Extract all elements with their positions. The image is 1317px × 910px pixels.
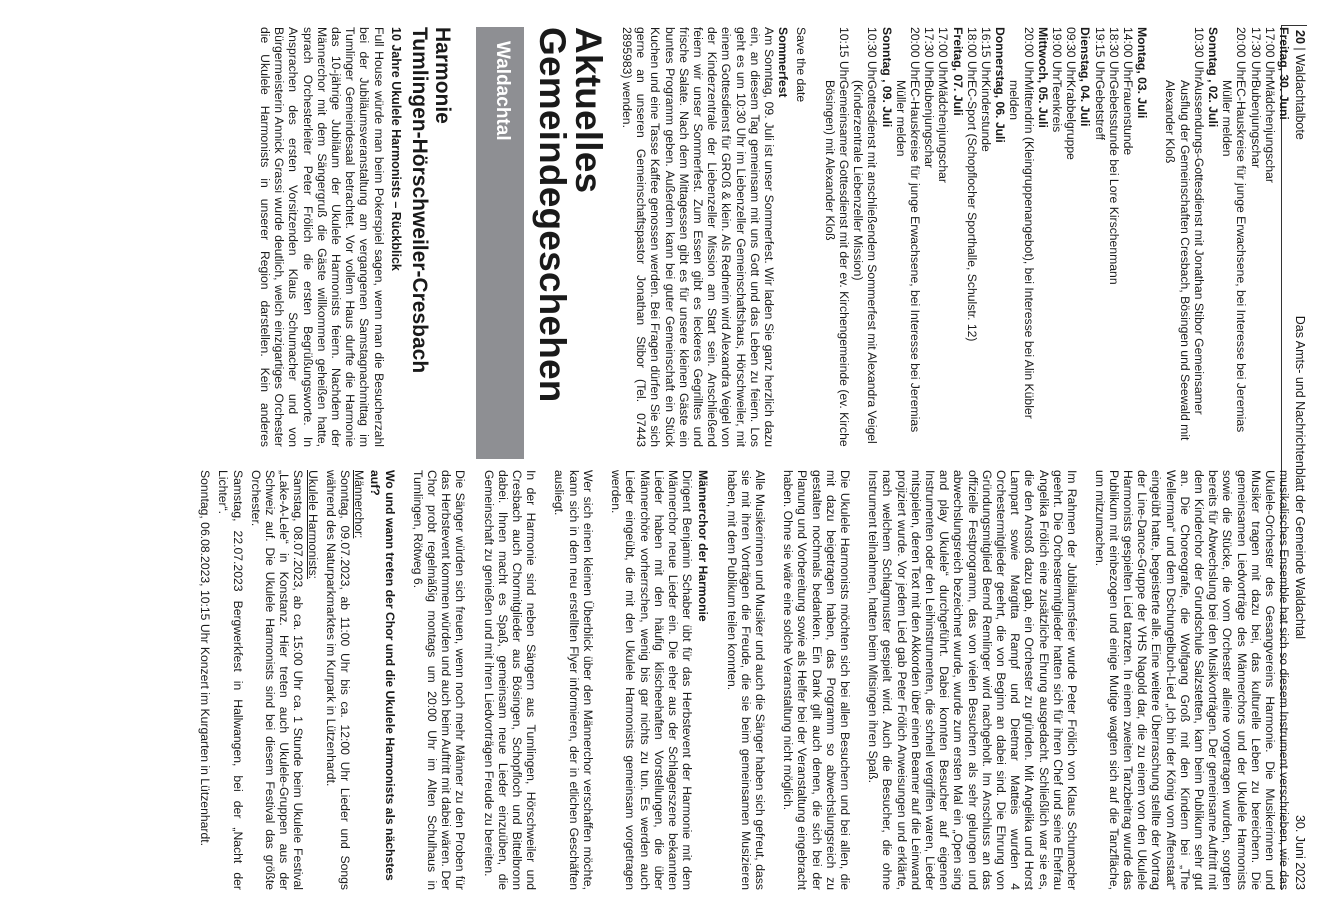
schedule-event: 18:30 UhrGebetsstunde bei Lore Kirschenm… <box>1107 27 1121 447</box>
event-time: 18:30 Uhr <box>1107 27 1121 80</box>
save-the-date-label: Save the date <box>794 27 808 447</box>
header-left: 20 | Waldachtalbote <box>1293 30 1307 140</box>
ukulele-date: Sonntag, 06.08.2023, 10:15 Uhr Konzert i… <box>198 470 212 890</box>
event-desc: EC-Hauskreise für junge Erwachsene, bei … <box>894 80 922 447</box>
schedule-day: Freitag, 30. Juni <box>1277 27 1291 447</box>
event-desc: Gebetsstunde bei Lore Kirschenmann <box>1107 80 1121 447</box>
ukulele-label: Ukulele Harmonists: <box>305 470 319 890</box>
event-time: 20:00 Uhr <box>1007 27 1035 80</box>
event-time: 16:15 Uhr <box>979 27 993 80</box>
event-desc: Aussendungs-Gottesdienst mit Jonathan St… <box>1163 80 1206 447</box>
section-title: Aktuelles Gemeindegeschehen <box>534 27 606 447</box>
schedule-day: Donnerstag, 06. Juli <box>993 27 1007 447</box>
schedule-day: Dienstag, 04. Juli <box>1078 27 1092 447</box>
newspaper-page: 20 | Waldachtalbote Das Amts- und Nachri… <box>0 0 1317 910</box>
maennerchor-heading: Männerchor der Harmonie <box>696 470 710 890</box>
schedule-event: 10:30 UhrGottesdienst mit anschließendem… <box>851 27 879 447</box>
left-column: Freitag, 30. Juni 17:00 UhrMädchenjungsc… <box>244 27 1291 447</box>
maennerchor-date: Sonntag, 09.07.2023, ab 11:00 Uhr bis ca… <box>324 470 352 890</box>
schedule-event: 18:00 UhrEC-Sport (Schopflocher Sporthal… <box>965 27 979 447</box>
sommerfest-title: Sommerfest <box>776 27 790 447</box>
schedule-event: 14:00 UhrFrauenstunde <box>1121 27 1135 447</box>
schedule: Freitag, 30. Juni 17:00 UhrMädchenjungsc… <box>823 27 1292 447</box>
article-header: Harmonie Tumlingen-Hörschweiler-Cresbach… <box>389 27 454 447</box>
maennerchor-paragraph: Dirigent Benjamin Schaber übt für das He… <box>609 470 694 890</box>
ukulele-date: Samstag, 08.07.2023, ab ca. 15:00 Uhr ca… <box>249 470 306 890</box>
sommerfest-text: Am Sonntag, 09. Juli ist unser Sommerfes… <box>620 27 776 447</box>
article-paragraph: Full House würde man beim Pokerspiel sag… <box>258 27 386 447</box>
event-time: 19:00 Uhr <box>1050 27 1064 80</box>
event-time: 17:00 Uhr <box>936 27 950 80</box>
event-time: 19:15 Uhr <box>1092 27 1106 80</box>
schedule-event: 20:00 UhrEC-Hauskreise für junge Erwachs… <box>1220 27 1248 447</box>
schedule-day: Freitag, 07. Juli <box>950 27 964 447</box>
schedule-event: 19:15 UhrGebetstreff <box>1092 27 1106 447</box>
maennerchor-paragraph: Wer sich einen kleinen Überblick über de… <box>552 470 595 890</box>
event-time: 18:00 Uhr <box>965 27 979 80</box>
event-time: 20:00 Uhr <box>1220 27 1248 80</box>
event-time: 17:00 Uhr <box>1263 27 1277 80</box>
section-band: Waldachtal <box>476 27 524 459</box>
event-desc: Krabbelgruppe <box>1064 80 1078 447</box>
event-desc: EC-Hauskreise für junge Erwachsene, bei … <box>1220 80 1248 447</box>
schedule-day: Sonntag , 09. Juli <box>879 27 893 447</box>
article-paragraph: Die Ukulele Harmonists möchten sich bei … <box>781 470 852 890</box>
save-the-date: Save the date Sommerfest Am Sonntag, 09.… <box>620 27 809 447</box>
schedule-event: 17:00 UhrMädchenjungschar <box>1263 27 1277 447</box>
ukulele-date: Samstag, 22.07.2023 Bergwerkfest in Hall… <box>216 470 244 890</box>
right-column: Full House würde man beim Pokerspiel sag… <box>184 470 1291 890</box>
event-time: 10:15 Uhr <box>823 27 851 80</box>
header-subtitle: Das Amts- und Nachrichtenblatt der Gemei… <box>1293 316 1307 639</box>
event-time: 14:00 Uhr <box>1121 27 1135 80</box>
section-title-line2: Gemeindegeschehen <box>534 27 570 447</box>
event-desc: Teenkreis <box>1050 80 1064 447</box>
schedule-day: Montag, 03. Juli <box>1135 27 1149 447</box>
maennerchor-paragraph: In der Harmonie sind neben Sängern aus T… <box>481 470 538 890</box>
event-time: 20:00 Uhr <box>894 27 922 80</box>
schedule-event: 10:30 UhrAussendungs-Gottesdienst mit Jo… <box>1163 27 1206 447</box>
schedule-day: Sonntag , 02. Juli <box>1206 27 1220 447</box>
schedule-event: 16:15 UhrKinderstunde <box>979 27 993 447</box>
header-date: 30. Juni 2023 <box>1293 815 1307 890</box>
event-desc: Mädchenjungschar <box>936 80 950 447</box>
schedule-event: 17:30 UhrBubenjungschar <box>1248 27 1262 447</box>
event-desc: Bubenjungschar <box>1248 80 1262 447</box>
event-desc: Gemeinsamer Gottesdienst mit der ev. Kir… <box>823 80 851 447</box>
schedule-day: Mittwoch, 05. Juli <box>1036 27 1050 447</box>
article-title-line1: Harmonie <box>431 27 454 447</box>
article-subtitle: 10 Jahre Ukulele Harmonists – Rückblick <box>389 27 403 447</box>
schedule-event: 20:00 UhrEC-Hauskreise für junge Erwachs… <box>894 27 922 447</box>
event-desc: Kinderstunde <box>979 80 993 447</box>
event-desc: Mädchenjungschar <box>1263 80 1277 447</box>
dates-heading: Wo und wann treten der Chor und die Ukul… <box>368 470 396 890</box>
article-paragraph: Alle Musikerinnen und Musiker und auch d… <box>724 470 767 890</box>
article-paragraph-continued: Full House würde man beim Pokerspiel sag… <box>1093 470 1291 890</box>
event-desc: Gebetstreff <box>1092 80 1106 447</box>
event-desc: Bubenjungschar <box>922 80 936 447</box>
page-number: 20 <box>1293 30 1307 44</box>
maennerchor-paragraph: Die Sänger würden sich freuen, wenn noch… <box>411 470 468 890</box>
event-desc: Gottesdienst mit anschließendem Sommerfe… <box>851 80 879 447</box>
event-time: 09:30 Uhr <box>1064 27 1078 80</box>
event-desc: EC-Sport (Schopflocher Sporthalle, Schul… <box>965 80 979 447</box>
event-time: 17:30 Uhr <box>922 27 936 80</box>
section-title-line1: Aktuelles <box>570 27 606 447</box>
article-title-line2: Tumlingen-Hörschweiler-Cresbach <box>408 27 431 447</box>
event-time: 10:30 Uhr <box>1163 27 1206 80</box>
article-paragraph: Im Rahmen der Jubiläumsfeier wurde Peter… <box>866 470 1079 890</box>
event-desc: Frauenstunde <box>1121 80 1135 447</box>
event-time: 17:30 Uhr <box>1248 27 1262 80</box>
publication-name: Waldachtalbote <box>1293 54 1307 140</box>
schedule-event: 19:00 UhrTeenkreis <box>1050 27 1064 447</box>
schedule-event: 09:30 UhrKrabbelgruppe <box>1064 27 1078 447</box>
schedule-event: 20:00 UhrMittendrin (Kleingruppenangebot… <box>1007 27 1035 447</box>
maennerchor-label: Männerchor: <box>352 470 366 890</box>
event-time: 10:30 Uhr <box>851 27 879 80</box>
event-desc: Mittendrin (Kleingruppenangebot), bei In… <box>1007 80 1035 447</box>
schedule-event: 17:30 UhrBubenjungschar <box>922 27 936 447</box>
schedule-event: 10:15 UhrGemeinsamer Gottesdienst mit de… <box>823 27 851 447</box>
schedule-event: 17:00 UhrMädchenjungschar <box>936 27 950 447</box>
